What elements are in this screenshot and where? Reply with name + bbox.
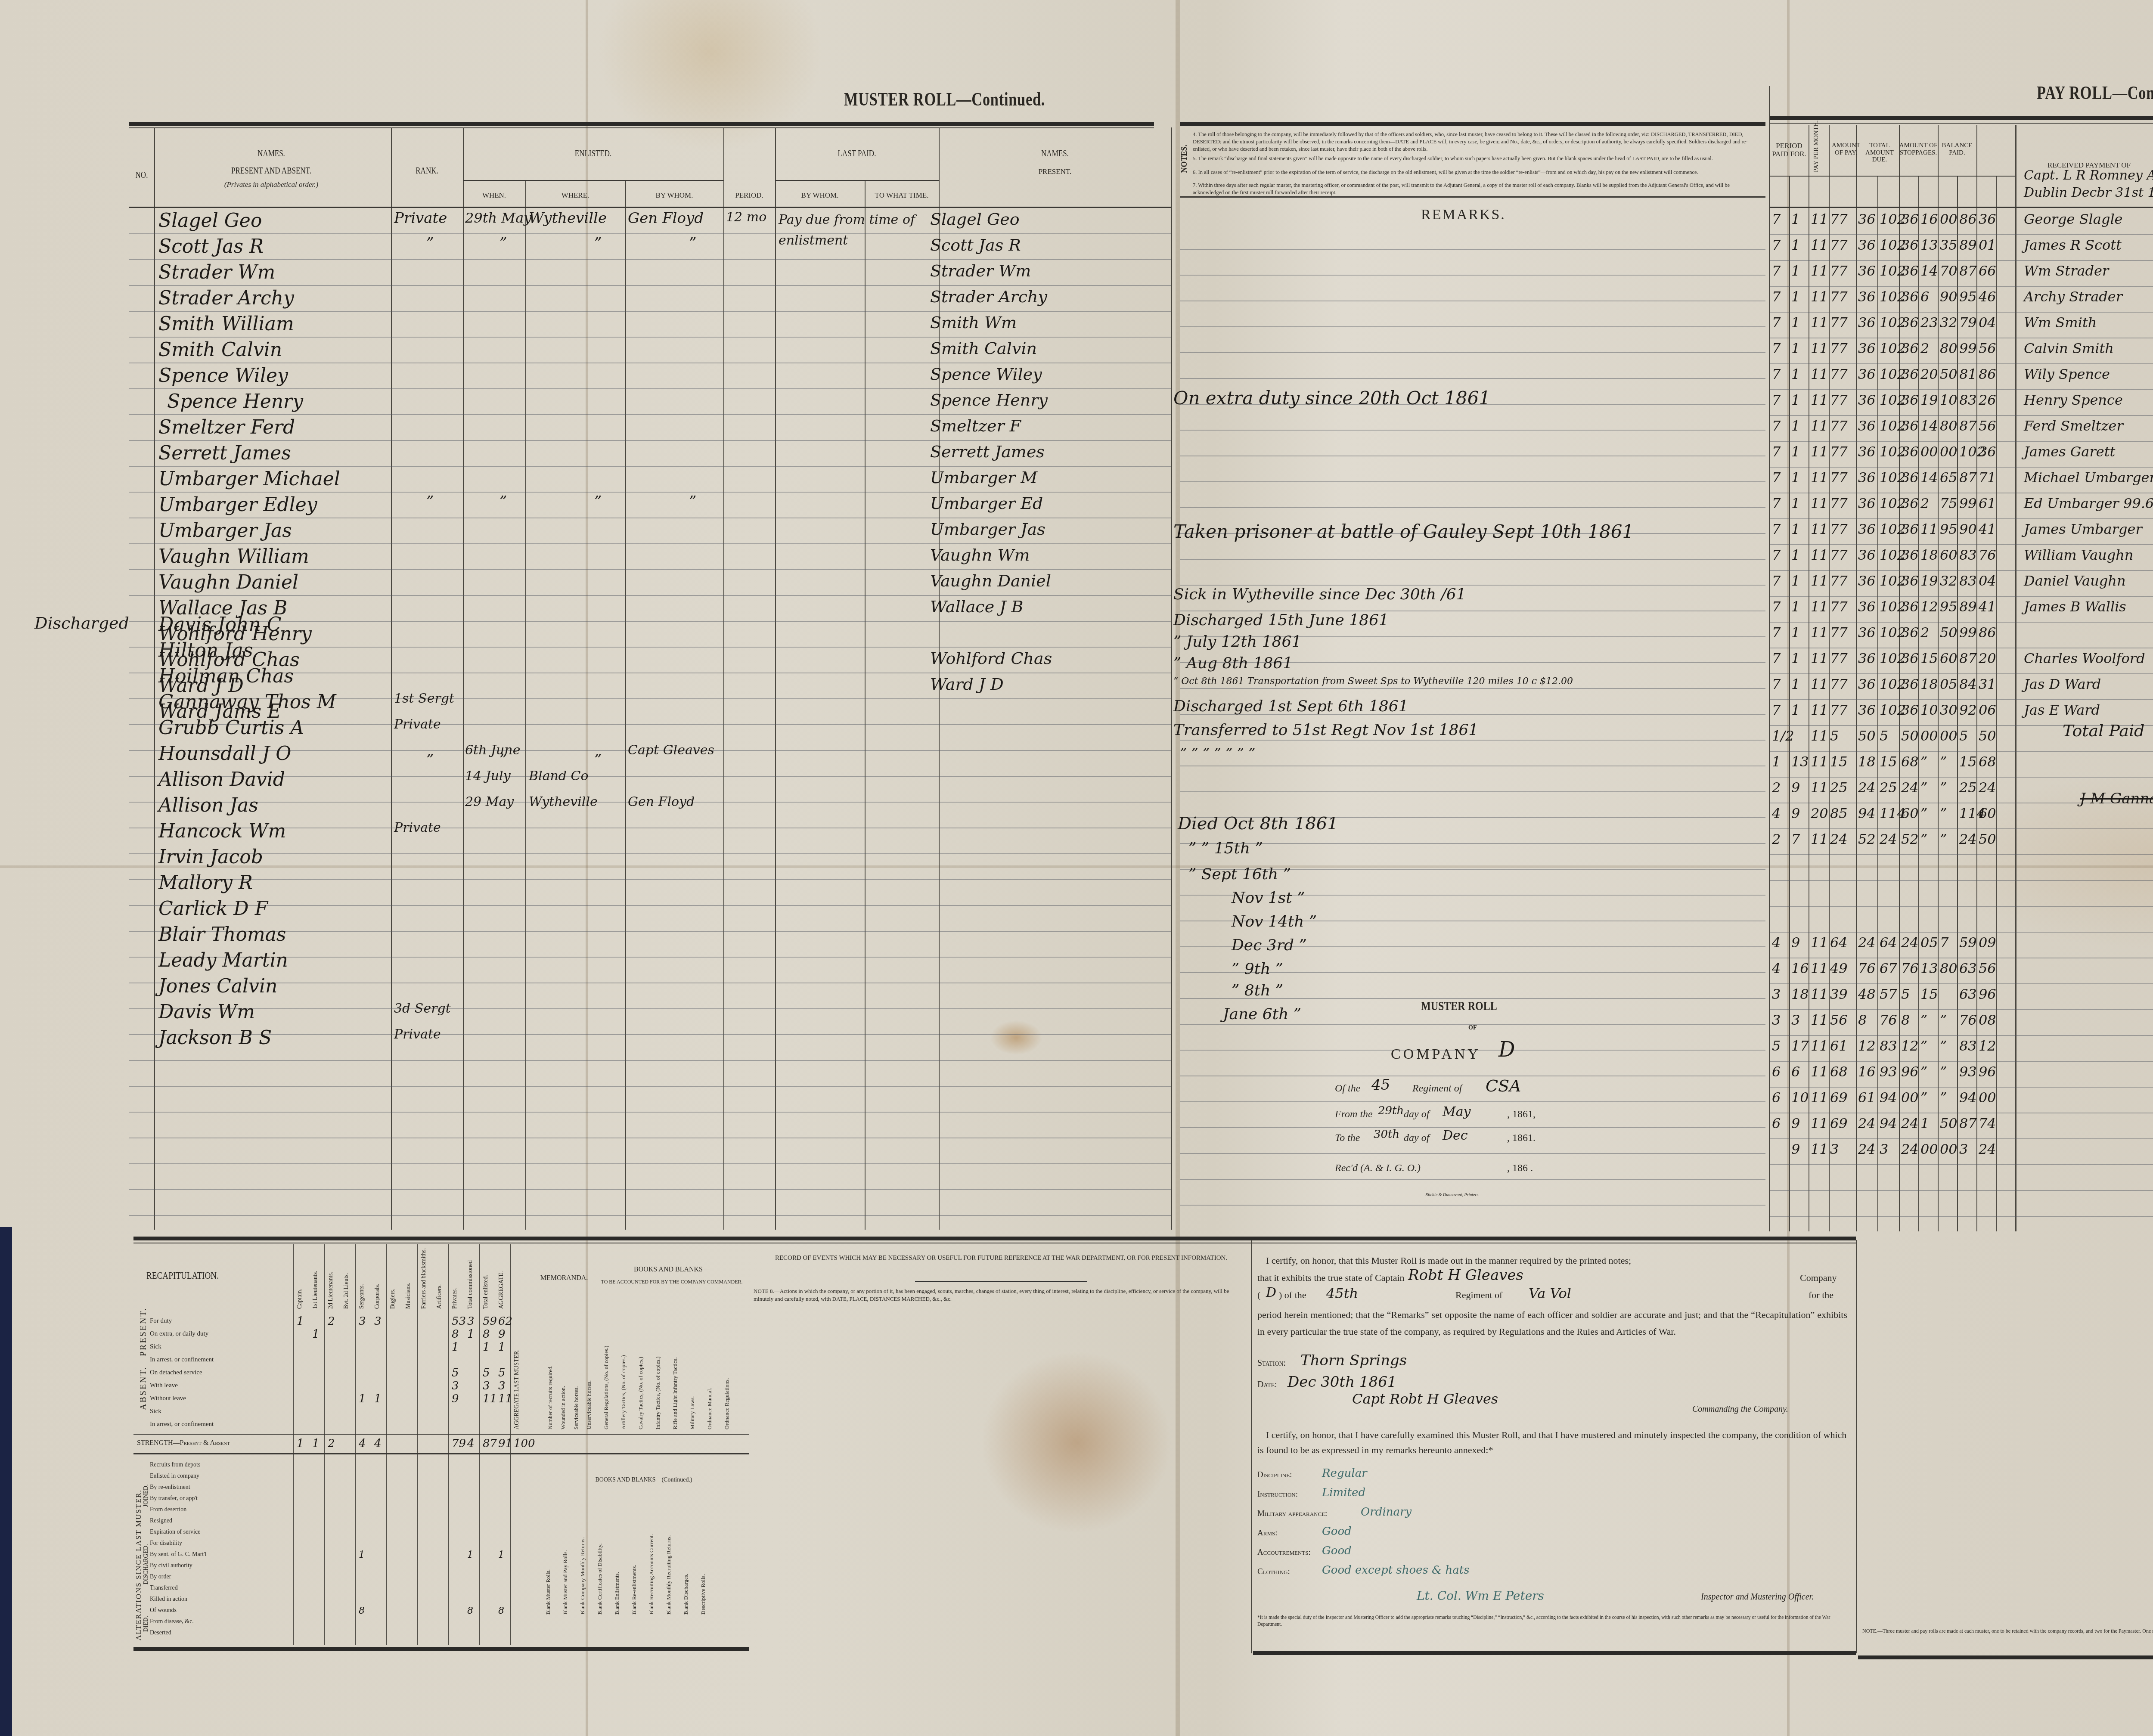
pay-cell: 9 bbox=[1791, 1141, 1800, 1157]
pay-cell: 9 bbox=[1791, 805, 1800, 821]
col-rank-header: RANK. bbox=[397, 166, 458, 176]
name-entry: Spence Henry bbox=[167, 391, 303, 412]
pay-cell: 1 bbox=[1791, 573, 1800, 589]
pay-cell: 3 bbox=[1772, 986, 1781, 1002]
recd-year: , 186 . bbox=[1507, 1162, 1533, 1174]
remark-entry: Discharged 15th June 1861 bbox=[1173, 611, 1389, 629]
pay-cell: 36 bbox=[1858, 521, 1876, 537]
absent-label: ABSENT. bbox=[139, 1371, 149, 1410]
pay-cell: 36 bbox=[1901, 521, 1919, 537]
pay-cell: 7 bbox=[1772, 340, 1781, 356]
extra-signature: J M Gannaway bbox=[2080, 790, 2153, 807]
pay-cell: 20 bbox=[1979, 650, 1996, 666]
ditto-marks: ” ” ” ” ” ” ” ” ” ” ” bbox=[426, 235, 728, 803]
pay-cell: 11 bbox=[1811, 831, 1828, 847]
col-names-header: NAMES. bbox=[180, 149, 363, 159]
name-entry: Carlick D F bbox=[158, 898, 268, 920]
remark-entry: Nov 1st ” bbox=[1232, 889, 1305, 907]
pay-cell: 14 bbox=[1920, 263, 1938, 279]
to-label: To the bbox=[1335, 1132, 1360, 1144]
pay-cell: 36 bbox=[1901, 340, 1919, 356]
to-month: Dec bbox=[1443, 1128, 1468, 1143]
pay-cell: 1 bbox=[1772, 753, 1781, 770]
pay-cell: 18 bbox=[1920, 676, 1938, 692]
pay-cell: 11 bbox=[1811, 366, 1828, 382]
pay-cell: 83 bbox=[1880, 1038, 1897, 1054]
remark-entry: Transferred to 51st Regt Nov 1st 1861 bbox=[1173, 721, 1478, 739]
pay-cell: 11 bbox=[1811, 1115, 1828, 1131]
pay-cell: 25 bbox=[1830, 779, 1848, 796]
pay-cell: 36 bbox=[1979, 443, 1996, 460]
inspection-field-value: Good bbox=[1322, 1544, 1352, 1557]
recap-cell: 1 bbox=[297, 1315, 304, 1328]
pay-cell: 1 bbox=[1791, 211, 1800, 227]
pay-cell: 63 bbox=[1959, 960, 1977, 976]
alteration-label: Of wounds bbox=[150, 1607, 177, 1614]
remark-entry: ” Oct 8th 1861 Transportation from Sweet… bbox=[1173, 676, 1573, 687]
pay-cell: 59 bbox=[1959, 934, 1977, 951]
recap-cell: 3 bbox=[452, 1379, 459, 1392]
rank-cell: Private bbox=[394, 210, 447, 227]
pay-cell: 15 bbox=[1920, 986, 1938, 1002]
recap-col-header: Buglers. bbox=[390, 1253, 397, 1309]
pay-cell: 11 bbox=[1811, 1012, 1828, 1028]
pay-cell: 3 bbox=[1880, 1141, 1888, 1157]
note-item-4: 4. The roll of those belonging to the co… bbox=[1193, 131, 1753, 153]
pay-cell: 2 bbox=[1772, 831, 1781, 847]
pay-cell: 36 bbox=[1858, 314, 1876, 331]
name-entry: Umbarger Jas bbox=[158, 520, 292, 542]
pay-cell: 24 bbox=[1858, 1141, 1876, 1157]
pay-cell: 20 bbox=[1920, 366, 1938, 382]
pay-cell: 11 bbox=[1811, 211, 1828, 227]
pay-cell: ” bbox=[1940, 805, 1947, 821]
strength-cell: 91 bbox=[498, 1437, 512, 1450]
recap-col-line bbox=[479, 1244, 480, 1645]
regiment-label: Regiment of bbox=[1412, 1083, 1462, 1094]
discharged-label: DISCHARGED. bbox=[143, 1528, 150, 1584]
inspection-field-label: Accoutrements: bbox=[1257, 1548, 1311, 1557]
recap-cell: 1 bbox=[498, 1341, 506, 1354]
pay-cell: 17 bbox=[1791, 1038, 1809, 1054]
pay-cell: 94 bbox=[1959, 1089, 1977, 1106]
col-lp-by-whom-header: BY WHOM. bbox=[775, 192, 865, 200]
books-item: General Regulations, (No. of copies.) bbox=[603, 1309, 610, 1429]
recap-cell: 2 bbox=[328, 1315, 335, 1328]
rank-cell: 3d Sergt bbox=[394, 1001, 451, 1016]
pay-cell: 5 bbox=[1772, 1038, 1781, 1054]
books-continued-item: Blank Certificates of Disability. bbox=[596, 1503, 603, 1615]
commanding-label: Commanding the Company. bbox=[1692, 1404, 1788, 1414]
present-name: Spence Wiley bbox=[930, 365, 1042, 384]
pay-cell: 77 bbox=[1830, 288, 1848, 305]
pay-cell: 74 bbox=[1979, 1115, 1996, 1131]
inspection-text: I certify, on honor, that I have careful… bbox=[1257, 1427, 1847, 1457]
pay-cell: 1 bbox=[1791, 314, 1800, 331]
pay-cell: 7 bbox=[1772, 676, 1781, 692]
name-entry: Slagel Geo bbox=[158, 210, 262, 232]
pay-cell: 3 bbox=[1772, 1012, 1781, 1028]
pay-cell: 90 bbox=[1940, 288, 1958, 305]
pay-cell: ” bbox=[1920, 1012, 1927, 1028]
pay-cell: 77 bbox=[1830, 650, 1848, 666]
books-continued-item: Blank Enlistments. bbox=[614, 1503, 620, 1615]
recap-row-label: Sick bbox=[150, 1408, 161, 1415]
alteration-cell: 1 bbox=[498, 1550, 504, 1560]
received-date: Dublin Decbr 31st 1861 bbox=[2024, 185, 2153, 200]
col-names-sub: PRESENT AND ABSENT. bbox=[180, 166, 363, 176]
cert-footnote: *It is made the special duty of the Insp… bbox=[1257, 1615, 1847, 1628]
pay-cell: 36 bbox=[1858, 443, 1876, 460]
pay-cell: 36 bbox=[1858, 702, 1876, 718]
pay-cell: 11 bbox=[1811, 624, 1828, 641]
strength-cell: 2 bbox=[328, 1437, 335, 1450]
pay-cell: 94 bbox=[1880, 1115, 1897, 1131]
pay-cell: 96 bbox=[1901, 1063, 1919, 1080]
recap-cell: 8 bbox=[483, 1328, 490, 1341]
pay-cell: 36 bbox=[1858, 211, 1876, 227]
pay-cell: 7 bbox=[1772, 495, 1781, 512]
name-entry: Smeltzer Ferd bbox=[158, 416, 295, 438]
pay-cell: 9 bbox=[1791, 934, 1800, 951]
pay-cell: 96 bbox=[1979, 986, 1996, 1002]
col-present-sub: PRESENT. bbox=[939, 168, 1171, 176]
books-continued-item: Descriptive Rolls. bbox=[700, 1503, 707, 1615]
station-label: Station: bbox=[1257, 1358, 1286, 1368]
payment-signature: Ferd Smeltzer bbox=[2024, 418, 2123, 434]
pay-cell: ” bbox=[1940, 779, 1947, 796]
pay-cell: 24 bbox=[1858, 779, 1876, 796]
inspection-field-label: Clothing: bbox=[1257, 1567, 1290, 1577]
alteration-label: Transferred bbox=[150, 1585, 178, 1592]
pay-cell: 95 bbox=[1959, 288, 1977, 305]
pay-cell: 11 bbox=[1811, 779, 1828, 796]
recap-row-label: Without leave bbox=[150, 1395, 186, 1402]
pay-cell: 87 bbox=[1959, 469, 1977, 486]
pay-cell: 1 bbox=[1791, 547, 1800, 563]
remark-entry: Sick in Wytheville since Dec 30th /61 bbox=[1173, 586, 1466, 603]
pay-cell: 7 bbox=[1791, 831, 1800, 847]
pay-cell: 7 bbox=[1772, 263, 1781, 279]
recap-col-line bbox=[448, 1244, 449, 1645]
recap-col-line bbox=[324, 1244, 325, 1645]
pay-cell: 24 bbox=[1979, 1141, 1996, 1157]
pay-cell: 06 bbox=[1979, 702, 1996, 718]
col-amount-of-pay: AMOUNT OF PAY. bbox=[1829, 142, 1863, 156]
note-item-5: 5. The remark “discharge and final state… bbox=[1193, 155, 1753, 162]
pay-cell: 08 bbox=[1979, 1012, 1996, 1028]
recap-col-line bbox=[417, 1244, 418, 1645]
pay-cell: 89 bbox=[1959, 598, 1977, 615]
pay-cell: 77 bbox=[1830, 495, 1848, 512]
strength-cell: 79 bbox=[452, 1437, 466, 1450]
enlisted-where-cell: Wytheville bbox=[529, 210, 607, 227]
pay-cell: 36 bbox=[1858, 495, 1876, 512]
books-continued-item: Blank Monthly Recruiting Returns. bbox=[665, 1503, 672, 1615]
col-enlisted-header: ENLISTED. bbox=[482, 149, 704, 159]
pay-cell: 50 bbox=[1940, 366, 1958, 382]
name-entry: Scott Jas R bbox=[158, 236, 264, 257]
pay-cell: 19 bbox=[1920, 392, 1938, 408]
recap-cell: 59 bbox=[483, 1315, 497, 1328]
pay-cell: 1 bbox=[1791, 366, 1800, 382]
recap-cell: 3 bbox=[467, 1315, 475, 1328]
pay-cell: 87 bbox=[1959, 650, 1977, 666]
cover-of: OF bbox=[1468, 1025, 1477, 1032]
cover-block: MUSTER ROLL OF COMPANY D Of the 45 Regim… bbox=[1326, 990, 1662, 1206]
pay-cell: 86 bbox=[1979, 624, 1996, 641]
name-entry: Grubb Curtis A bbox=[158, 717, 304, 739]
col-when-header: WHEN. bbox=[463, 192, 525, 200]
pay-cell: 24 bbox=[1901, 934, 1919, 951]
pay-cell: 36 bbox=[1901, 392, 1919, 408]
pay-cell: 23 bbox=[1920, 314, 1938, 331]
pay-cell: 24 bbox=[1901, 779, 1919, 796]
pay-cell: 77 bbox=[1830, 314, 1848, 331]
books-continued-item: Blank Re-enlistments. bbox=[631, 1503, 638, 1615]
pay-cell: 77 bbox=[1830, 237, 1848, 253]
alteration-label: Recruits from depots bbox=[150, 1462, 200, 1469]
name-entry: Umbarger Edley bbox=[158, 494, 317, 516]
payment-signature: Archy Strader bbox=[2024, 288, 2122, 305]
pay-cell: 7 bbox=[1772, 366, 1781, 382]
regiment-of: Va Vol bbox=[1529, 1285, 1571, 1302]
cover-title: MUSTER ROLL bbox=[1421, 999, 1497, 1014]
cert-line-3c: for the bbox=[1809, 1290, 1833, 1301]
pay-roll-table: PERIOD PAID FOR. PAY PER MONTH. AMOUNT O… bbox=[1770, 125, 2153, 1231]
present-name: Strader Archy bbox=[930, 287, 1047, 306]
pay-cell: 4 bbox=[1772, 805, 1781, 821]
pay-cell: 5 bbox=[1959, 728, 1968, 744]
pay-cell: 87 bbox=[1959, 418, 1977, 434]
pay-cell: 1/2 bbox=[1772, 728, 1794, 744]
memoranda-item: Serviceable horses. bbox=[573, 1317, 580, 1429]
pay-cell: 66 bbox=[1979, 263, 1996, 279]
col-names-present-header: NAMES. bbox=[956, 149, 1154, 159]
pay-cell: 80 bbox=[1940, 418, 1958, 434]
pay-cell: 36 bbox=[1901, 469, 1919, 486]
day-of-label: day of bbox=[1404, 1109, 1429, 1120]
col-to-what-time-header: TO WHAT TIME. bbox=[865, 192, 939, 200]
recap-col-line bbox=[340, 1244, 340, 1645]
pay-cell: 36 bbox=[1858, 392, 1876, 408]
recap-row-label: With leave bbox=[150, 1382, 178, 1389]
pay-cell: 7 bbox=[1772, 573, 1781, 589]
pay-cell: 80 bbox=[1940, 960, 1958, 976]
present-name: Serrett James bbox=[930, 442, 1045, 461]
strength-cell: 4 bbox=[467, 1437, 475, 1450]
pay-cell: ” bbox=[1940, 753, 1947, 770]
pay-cell: 50 bbox=[1940, 624, 1958, 641]
pay-cell: 11 bbox=[1811, 340, 1828, 356]
col-pay-per-month: PAY PER MONTH. bbox=[1813, 129, 1820, 172]
pay-cell: 11 bbox=[1811, 495, 1828, 512]
pay-cell: 12 bbox=[1901, 1038, 1919, 1054]
pay-cell: 46 bbox=[1979, 288, 1996, 305]
enlisted-by-whom-cell: Gen Floyd bbox=[628, 210, 704, 227]
pay-cell: 9 bbox=[1791, 779, 1800, 796]
name-entry: Strader Wm bbox=[158, 261, 275, 283]
recap-col-header: Bvt. 2d Lieuts. bbox=[343, 1253, 350, 1309]
pay-cell: 57 bbox=[1880, 986, 1897, 1002]
alteration-label: For disability bbox=[150, 1540, 182, 1547]
pay-cell: 1 bbox=[1791, 263, 1800, 279]
pay-cell: 5 bbox=[1830, 728, 1839, 744]
pay-cell: 32 bbox=[1940, 314, 1958, 331]
recap-cell: 11 bbox=[498, 1392, 512, 1405]
pay-cell: 3 bbox=[1959, 1141, 1968, 1157]
books-item: Ordnance Regulations. bbox=[723, 1309, 730, 1429]
header-rule bbox=[129, 122, 1154, 126]
pay-cell: 70 bbox=[1940, 263, 1958, 279]
present-name: Ward J D bbox=[930, 675, 1004, 694]
pay-cell: 11 bbox=[1811, 960, 1828, 976]
notes-box: NOTES. 4. The roll of those belonging to… bbox=[1180, 127, 1765, 198]
pay-cell: 11 bbox=[1811, 1063, 1828, 1080]
inspector-signature: Lt. Col. Wm E Peters bbox=[1417, 1589, 1544, 1603]
pay-cell: 56 bbox=[1979, 340, 1996, 356]
pay-cell: 11 bbox=[1811, 237, 1828, 253]
pay-cell: ” bbox=[1920, 779, 1927, 796]
pay-cell: ” bbox=[1940, 1038, 1947, 1054]
header-rule bbox=[129, 127, 1154, 128]
pay-cell: 32 bbox=[1940, 573, 1958, 589]
pay-cell: 05 bbox=[1920, 934, 1938, 951]
name-entry: Vaughn Daniel bbox=[158, 571, 298, 593]
alteration-label: By re-enlistment bbox=[150, 1484, 190, 1491]
inspection-field-label: Discipline: bbox=[1257, 1470, 1292, 1480]
pay-cell: 11 bbox=[1811, 1089, 1828, 1106]
pay-cell: 95 bbox=[1940, 521, 1958, 537]
name-entry: Vaughn William bbox=[158, 546, 309, 567]
pay-cell: 1 bbox=[1791, 392, 1800, 408]
recap-col-header: Privates. bbox=[452, 1253, 459, 1309]
pay-cell: 36 bbox=[1858, 263, 1876, 279]
pay-cell: 7 bbox=[1772, 702, 1781, 718]
payment-signature: James R Scott bbox=[2024, 237, 2122, 253]
pay-cell: 99 bbox=[1959, 624, 1977, 641]
remark-entry: Discharged 1st Sept 6th 1861 bbox=[1173, 697, 1408, 715]
recap-cell: 5 bbox=[498, 1367, 506, 1379]
pay-cell: 77 bbox=[1830, 366, 1848, 382]
pay-cell: 6 bbox=[1772, 1115, 1781, 1131]
present-name: Smith Wm bbox=[930, 313, 1017, 332]
pay-cell: 77 bbox=[1830, 676, 1848, 692]
recap-cell: 5 bbox=[483, 1367, 490, 1379]
recap-col-header: AGGREGATE LAST MUSTER. bbox=[514, 1309, 521, 1429]
recap-col-header: Artificers. bbox=[436, 1253, 443, 1309]
pay-cell: 16 bbox=[1791, 960, 1809, 976]
pay-cell: 36 bbox=[1979, 211, 1996, 227]
pay-cell: 11 bbox=[1811, 288, 1828, 305]
payment-signature: Daniel Vaughn bbox=[2024, 573, 2125, 589]
pay-cell: 11 bbox=[1811, 521, 1828, 537]
pay-cell: 11 bbox=[1811, 1038, 1828, 1054]
pay-cell: 3 bbox=[1791, 1012, 1800, 1028]
recap-col-header: 1st Lieutenants. bbox=[312, 1253, 319, 1309]
pay-cell: 30 bbox=[1940, 702, 1958, 718]
pay-cell: 7 bbox=[1772, 547, 1781, 563]
pay-cell: 7 bbox=[1772, 211, 1781, 227]
payment-signature: Michael Umbarger bbox=[2024, 469, 2153, 486]
pay-cell: 25 bbox=[1880, 779, 1897, 796]
pay-cell: 31 bbox=[1979, 676, 1996, 692]
pay-cell: 50 bbox=[1979, 831, 1996, 847]
pay-cell: 14 bbox=[1920, 418, 1938, 434]
pay-cell: 00 bbox=[1940, 728, 1958, 744]
pay-cell: 60 bbox=[1940, 547, 1958, 563]
remark-entry: On extra duty since 20th Oct 1861 bbox=[1173, 387, 1490, 409]
recap-row-label: In arrest, or confinement bbox=[150, 1421, 214, 1428]
pay-cell: 11 bbox=[1811, 392, 1828, 408]
pay-cell: ” bbox=[1920, 805, 1927, 821]
pay-cell: 5 bbox=[1880, 728, 1888, 744]
pay-cell: 24 bbox=[1830, 831, 1848, 847]
printer-credit: Ritchie & Dunnavant, Printers. bbox=[1425, 1193, 1480, 1197]
memoranda-item: Number of recruits required. bbox=[547, 1317, 554, 1429]
received-of: Capt. L R Romney Agt. CSA bbox=[2024, 168, 2153, 183]
books-item: Infantry Tactics, (No. of copies.) bbox=[655, 1309, 661, 1429]
pay-cell: 50 bbox=[1979, 728, 1996, 744]
recap-row-label: For duty bbox=[150, 1317, 172, 1325]
pay-cell: 36 bbox=[1858, 598, 1876, 615]
pay-cell: 77 bbox=[1830, 573, 1848, 589]
pay-cell: 81 bbox=[1959, 366, 1977, 382]
alteration-label: From disease, &c. bbox=[150, 1618, 194, 1625]
books-item: Military Laws. bbox=[689, 1309, 696, 1429]
company-value: D bbox=[1498, 1038, 1515, 1062]
pay-cell: 1 bbox=[1791, 237, 1800, 253]
pay-cell: 26 bbox=[1979, 392, 1996, 408]
pay-cell: 24 bbox=[1858, 934, 1876, 951]
name-entry: Hancock Wm bbox=[158, 820, 286, 842]
remark-entry: Taken prisoner at battle of Gauley Sept … bbox=[1173, 521, 1634, 542]
pay-cell: 25 bbox=[1959, 779, 1977, 796]
record-note: NOTE 8.—Actions in which the company, or… bbox=[754, 1287, 1249, 1302]
recd-label: Rec'd (A. & I. G. O.) bbox=[1335, 1162, 1421, 1174]
pay-note-block: NOTE.—Three muster and pay rolls are mad… bbox=[1858, 1236, 2153, 1649]
alterations-label: ALTERATIONS SINCE LAST MUSTER. bbox=[134, 1460, 143, 1640]
pay-cell: 2 bbox=[1920, 340, 1929, 356]
payment-signature: Jas D Ward bbox=[2024, 676, 2101, 692]
memoranda-item: Wounded in action. bbox=[560, 1317, 567, 1429]
pay-cell: 56 bbox=[1979, 418, 1996, 434]
recap-col-header: Farriers and blacksmiths. bbox=[421, 1253, 428, 1309]
pay-cell: 64 bbox=[1880, 934, 1897, 951]
pay-cell: 60 bbox=[1901, 805, 1919, 821]
books-continued-item: Blank Muster Rolls. bbox=[545, 1503, 552, 1615]
remark-entry: ” 9th ” bbox=[1232, 960, 1283, 978]
pay-cell: 36 bbox=[1858, 547, 1876, 563]
pay-cell: 36 bbox=[1858, 340, 1876, 356]
name-entry: Smith William bbox=[158, 313, 294, 335]
commander-signature: Capt Robt H Gleaves bbox=[1352, 1391, 1498, 1407]
pay-cell: 77 bbox=[1830, 340, 1848, 356]
pay-cell: 87 bbox=[1959, 263, 1977, 279]
pay-cell: 11 bbox=[1811, 263, 1828, 279]
name-entry: Allison Jas bbox=[158, 794, 258, 816]
pay-cell: 2 bbox=[1920, 495, 1929, 512]
period-cell: 12 mo bbox=[726, 210, 766, 225]
pay-cell: 77 bbox=[1830, 211, 1848, 227]
pay-cell: 6 bbox=[1772, 1089, 1781, 1106]
strength-cell: 87 bbox=[483, 1437, 497, 1450]
remark-entry: Dec 3rd ” bbox=[1232, 936, 1307, 954]
present-label: PRESENT. bbox=[139, 1317, 149, 1356]
pay-cell: 36 bbox=[1858, 469, 1876, 486]
pay-cell: ” bbox=[1920, 1063, 1927, 1080]
name-entry: Jones Calvin bbox=[158, 975, 277, 997]
